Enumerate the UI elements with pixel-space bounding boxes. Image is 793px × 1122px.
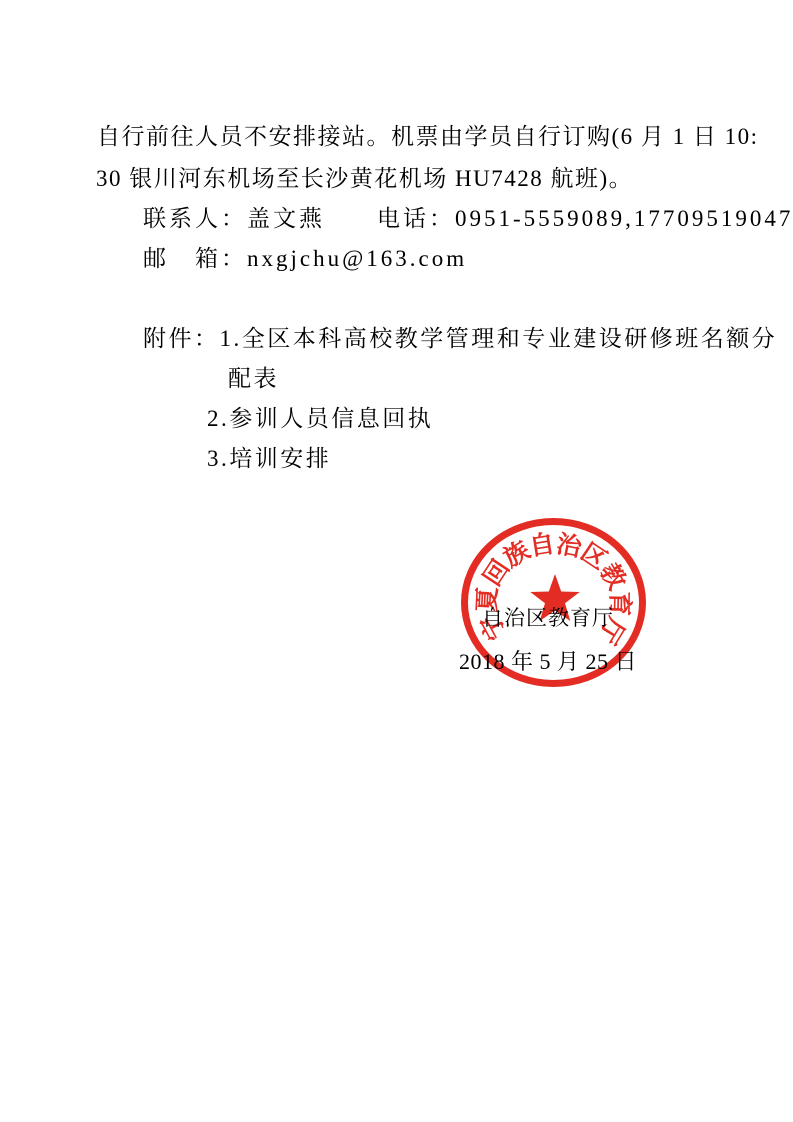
- email-line: 邮 箱：nxgjchu@163.com: [143, 244, 467, 274]
- signature-date: 2018 年 5 月 25 日: [459, 645, 637, 676]
- attachment-line-3: 3.培训安排: [207, 444, 331, 474]
- contact-line: 联系人：盖文燕 电话：0951-5559089,17709519047: [143, 204, 793, 234]
- attachment-line-1-wrap: 配表: [228, 364, 279, 394]
- body-paragraph-line: 30 银川河东机场至长沙黄花机场 HU7428 航班)。: [96, 164, 633, 194]
- attachment-line-1: 附件：1.全区本科高校教学管理和专业建设研修班名额分: [143, 324, 777, 354]
- signature-issuer: 自治区教育厅: [482, 602, 614, 632]
- document-page: 自行前往人员不安排接站。机票由学员自行订购(6 月 1 日 10: 30 银川河…: [0, 0, 793, 1122]
- attachment-line-2: 2.参训人员信息回执: [207, 404, 433, 434]
- body-paragraph-line: 自行前往人员不安排接站。机票由学员自行订购(6 月 1 日 10:: [97, 122, 759, 152]
